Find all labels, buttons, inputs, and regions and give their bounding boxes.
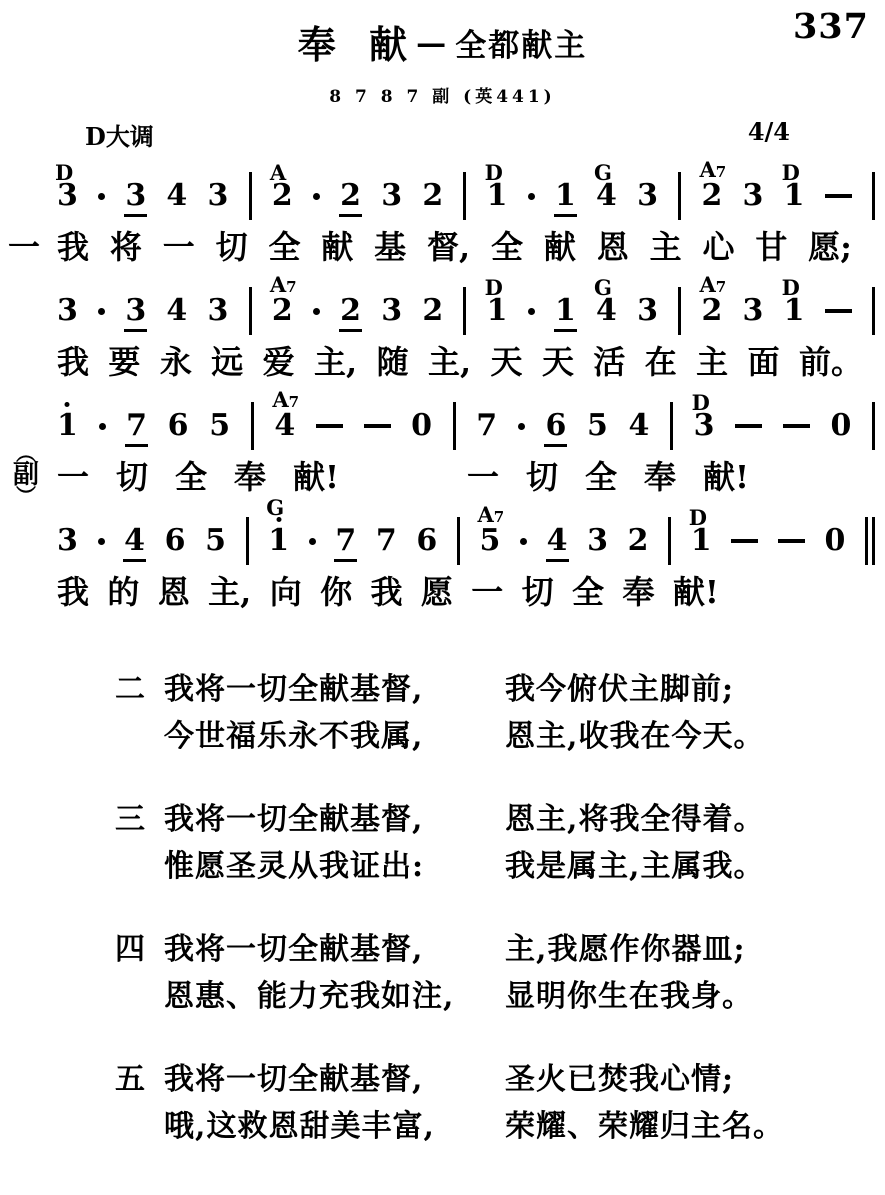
note-digit: 3: [208, 179, 229, 213]
lyric-char: 全: [572, 572, 604, 612]
music-note: 1D: [784, 179, 805, 213]
verse-number: [115, 1103, 164, 1150]
verse-row: 恩惠、能力充我如注,显明你生在我身。: [115, 973, 885, 1020]
chord-label: D: [55, 163, 73, 182]
music-note: 4: [166, 294, 187, 328]
hymn-subtitle: 全都献主: [455, 28, 587, 64]
lyric-char: 心: [702, 227, 734, 267]
augmentation-dot: [520, 538, 527, 545]
chord-root: D: [692, 390, 710, 415]
barline: [463, 287, 466, 335]
notes-row: 3D3432A2321D14G32A731D: [57, 178, 875, 214]
chord-label: D: [692, 393, 710, 412]
note-digit: 2: [628, 524, 649, 558]
lyric-group: 我要永远爱主,随主,天天活在主面前。: [57, 342, 863, 382]
lyric-char: 奉: [622, 572, 654, 612]
music-system: 17654A7076543D0︵副︶一切全奉献!一切全奉献!: [57, 408, 875, 497]
music-note: 7: [476, 409, 497, 443]
verse-number: 二: [115, 666, 164, 713]
music-note: 1D: [784, 294, 805, 328]
verse-number: [115, 843, 164, 890]
barline: [668, 517, 671, 565]
barline: [678, 287, 681, 335]
verse-text-right: 我是属主,主属我。: [505, 843, 885, 890]
note-extension-dash: [316, 424, 343, 428]
verse-row: 惟愿圣灵从我证出:我是属主,主属我。: [115, 843, 885, 890]
music-note: 2: [628, 524, 649, 558]
note-digit: 4: [274, 409, 295, 443]
music-note: 5: [587, 409, 608, 443]
augmentation-dot: [99, 423, 106, 430]
music-note: 0: [830, 409, 851, 443]
music-system: 3D3432A2321D14G32A731D一我将一切全献基督,全献恩主心甘愿;: [57, 178, 875, 267]
chord-label: D: [782, 163, 800, 182]
note-digit: 3: [637, 294, 658, 328]
note-digit: 3: [637, 179, 658, 213]
verse-row: 今世福乐永不我属,恩主,收我在今天。: [115, 713, 885, 760]
lyric-group: 一切全奉献!: [57, 457, 339, 497]
lyric-char: 主: [650, 227, 682, 267]
note-digit: 4: [166, 294, 187, 328]
barline: [463, 172, 466, 220]
note-digit: 4: [547, 524, 568, 558]
note-extension-dash: [735, 424, 762, 428]
lyric-char: 一: [57, 457, 89, 497]
verse-row: 三我将一切全献基督,恩主,将我全得着。: [115, 796, 885, 843]
note-digit: 5: [480, 524, 501, 558]
lyric-char: 恩: [158, 572, 190, 612]
music-note: 0: [825, 524, 846, 558]
music-note: 3: [637, 179, 658, 213]
verse-text-left: 今世福乐永不我属,: [164, 713, 505, 760]
lyric-char: 我: [370, 572, 402, 612]
lyric-char: 要: [108, 342, 140, 382]
lyric-group: 我的恩主,向你我愿一切全奉献!: [57, 572, 719, 612]
note-digit: 2: [340, 294, 361, 328]
music-note: 3: [381, 294, 402, 328]
chord-label: A: [270, 163, 286, 182]
note-digit: 7: [476, 409, 497, 443]
music-note: 6: [168, 409, 189, 443]
music-note: 1D: [691, 524, 712, 558]
notes-row: 17654A7076543D0: [57, 408, 875, 444]
verse-row: 二我将一切全献基督,我今俯伏主脚前;: [115, 666, 885, 713]
note-digit: 2: [422, 179, 443, 213]
chord-label: G: [594, 278, 612, 297]
lyric-char: 向: [270, 572, 302, 612]
chord-root: A: [270, 272, 286, 297]
chord-label: A7: [699, 160, 726, 182]
augmentation-dot: [313, 193, 320, 200]
note-digit: 3: [57, 294, 78, 328]
music-note: 1: [555, 179, 576, 213]
lyric-char: 远: [211, 342, 243, 382]
music-note: 3: [743, 179, 764, 213]
meter-info: 8 7 8 7 副 (英441): [0, 82, 885, 107]
final-barline: [865, 517, 875, 565]
music-note: 3: [125, 294, 146, 328]
barline: [670, 402, 673, 450]
note-digit: 2: [701, 294, 722, 328]
music-note: 5A7: [480, 524, 501, 558]
chord-label: D: [485, 278, 503, 297]
chord-extension: 7: [286, 278, 296, 296]
verse-number: [115, 973, 164, 1020]
chord-label: D: [782, 278, 800, 297]
verse-text-right: 恩主,将我全得着。: [505, 796, 885, 843]
music-note: 3: [743, 294, 764, 328]
lyric-char: 献!: [293, 457, 339, 497]
augmentation-dot: [313, 308, 320, 315]
music-note: 2A7: [701, 179, 722, 213]
lyric-char: 献!: [703, 457, 749, 497]
music-note: 4: [166, 179, 187, 213]
lyric-char: 献!: [673, 572, 719, 612]
refrain-bracket-bottom: ︶: [16, 491, 36, 502]
augmentation-dot: [528, 193, 535, 200]
lyrics-row: 我的恩主,向你我愿一切全奉献!: [57, 572, 719, 612]
music-note: 5: [205, 524, 226, 558]
music-note: 1D: [487, 179, 508, 213]
barline: [246, 517, 249, 565]
verse-text-right: 恩主,收我在今天。: [505, 713, 885, 760]
lyric-char: 我: [57, 572, 89, 612]
music-note: 2: [340, 294, 361, 328]
note-digit: 6: [165, 524, 186, 558]
lyric-char: 的: [107, 572, 139, 612]
verse-number: 三: [115, 796, 164, 843]
barline: [872, 517, 875, 565]
lyric-char: 你: [320, 572, 352, 612]
lyric-char: 主,: [428, 342, 471, 382]
music-systems: 3D3432A2321D14G32A731D一我将一切全献基督,全献恩主心甘愿;…: [57, 178, 875, 612]
note-digit: 4: [124, 524, 145, 558]
music-note: 2: [422, 179, 443, 213]
lyric-char: 全: [585, 457, 617, 497]
note-digit: 3: [125, 294, 146, 328]
verse-text-left: 我将一切全献基督,: [164, 1056, 505, 1103]
barline: [251, 402, 254, 450]
note-digit: 3: [381, 294, 402, 328]
music-note: 4G: [596, 179, 617, 213]
chord-label: A7: [699, 275, 726, 297]
verse-number: [115, 713, 164, 760]
chord-root: D: [689, 505, 707, 530]
hymn-title: 奉 献: [298, 22, 417, 67]
lyric-char: 在: [645, 342, 677, 382]
music-note: 4: [628, 409, 649, 443]
chord-label: A7: [270, 275, 297, 297]
lyric-char: 活: [593, 342, 625, 382]
music-note: 1: [57, 409, 78, 443]
chord-root: A: [699, 157, 715, 182]
lyric-char: 主,: [208, 572, 251, 612]
lyric-char: 恩: [597, 227, 629, 267]
note-digit: 1: [57, 409, 78, 443]
augmentation-dot: [518, 423, 525, 430]
verse-text-right: 圣火已焚我心情;: [505, 1056, 885, 1103]
lyric-char: 天: [542, 342, 574, 382]
lyric-char: 全: [175, 457, 207, 497]
lyric-char: 我: [57, 227, 89, 267]
music-note: 1D: [487, 294, 508, 328]
note-digit: 1: [555, 294, 576, 328]
music-system: 33432A72321D14G32A731D我要永远爱主,随主,天天活在主面前。: [57, 293, 875, 382]
music-note: 7: [335, 524, 356, 558]
barline: [872, 287, 875, 335]
chord-root: G: [594, 275, 612, 300]
music-note: 0: [411, 409, 432, 443]
lyric-char: 基: [374, 227, 406, 267]
music-note: 6: [545, 409, 566, 443]
lyric-group: 我将一切全献基督,全献恩主心甘愿;: [57, 227, 852, 267]
note-digit: 4: [628, 409, 649, 443]
lyric-char: 主: [696, 342, 728, 382]
music-note: 2: [422, 294, 443, 328]
barline: [678, 172, 681, 220]
music-note: 5: [209, 409, 230, 443]
music-system: 34651G7765A74321D0我的恩主,向你我愿一切全奉献!: [57, 523, 875, 612]
note-extension-dash: [825, 194, 852, 198]
note-digit: 0: [830, 409, 851, 443]
barline: [865, 517, 868, 565]
note-digit: 3: [381, 179, 402, 213]
note-digit: 3: [587, 524, 608, 558]
verse-text-right: 荣耀、荣耀归主名。: [505, 1103, 885, 1150]
augmentation-dot: [98, 308, 105, 315]
verse-number: 四: [115, 926, 164, 973]
note-digit: 5: [205, 524, 226, 558]
note-digit: 2: [422, 294, 443, 328]
lyric-char: 永: [160, 342, 192, 382]
verses-section: 二我将一切全献基督,我今俯伏主脚前;今世福乐永不我属,恩主,收我在今天。三我将一…: [115, 666, 885, 1150]
note-digit: 1: [555, 179, 576, 213]
augmentation-dot: [98, 538, 105, 545]
note-extension-dash: [783, 424, 810, 428]
music-note: 3: [381, 179, 402, 213]
note-digit: 2: [272, 294, 293, 328]
lyric-char: 前。: [799, 342, 863, 382]
note-digit: 6: [545, 409, 566, 443]
music-note: 3: [587, 524, 608, 558]
note-digit: 3: [208, 294, 229, 328]
chord-root: G: [594, 160, 612, 185]
lyric-char: 切: [526, 457, 558, 497]
music-note: 3: [208, 179, 229, 213]
music-note: 3: [637, 294, 658, 328]
lyric-char: 献: [544, 227, 576, 267]
chord-label: G: [594, 163, 612, 182]
note-digit: 0: [825, 524, 846, 558]
verse-row: 四我将一切全献基督,主,我愿作你器皿;: [115, 926, 885, 973]
music-note: 3D: [57, 179, 78, 213]
lyric-char: 奉: [234, 457, 266, 497]
verse-text-left: 惟愿圣灵从我证出:: [164, 843, 505, 890]
notes-row: 34651G7765A74321D0: [57, 523, 875, 559]
note-digit: 3: [743, 179, 764, 213]
barline: [249, 287, 252, 335]
lyric-char: 全: [491, 227, 523, 267]
chord-label: D: [689, 508, 707, 527]
verse-block: 二我将一切全献基督,我今俯伏主脚前;今世福乐永不我属,恩主,收我在今天。: [115, 666, 885, 760]
verse-block: 五我将一切全献基督,圣火已焚我心情;哦,这救恩甜美丰富,荣耀、荣耀归主名。: [115, 1056, 885, 1150]
augmentation-dot: [528, 308, 535, 315]
lyric-char: 切: [116, 457, 148, 497]
note-digit: 7: [376, 524, 397, 558]
verse-block: 三我将一切全献基督,恩主,将我全得着。惟愿圣灵从我证出:我是属主,主属我。: [115, 796, 885, 890]
chord-label: A7: [478, 505, 505, 527]
lyric-char: 将: [110, 227, 142, 267]
augmentation-dot: [309, 538, 316, 545]
verse-text-right: 主,我愿作你器皿;: [505, 926, 885, 973]
note-digit: 3: [57, 524, 78, 558]
music-note: 4A7: [274, 409, 295, 443]
lyric-char: 督,: [427, 227, 470, 267]
chord-label: G: [266, 498, 284, 517]
music-note: 7: [376, 524, 397, 558]
lyric-char: 天: [491, 342, 523, 382]
chord-extension: 7: [716, 278, 726, 296]
chord-label: D: [485, 163, 503, 182]
verse-text-left: 我将一切全献基督,: [164, 796, 505, 843]
title-row: 奉 献 — 全都献主: [0, 0, 885, 69]
note-digit: 7: [335, 524, 356, 558]
verse-text-right: 我今俯伏主脚前;: [505, 666, 885, 713]
music-note: 2: [340, 179, 361, 213]
music-note: 6: [416, 524, 437, 558]
note-extension-dash: [825, 309, 852, 313]
lyric-char: 愿: [421, 572, 453, 612]
verse-number: 五: [115, 1056, 164, 1103]
lyrics-row: 我要永远爱主,随主,天天活在主面前。: [57, 342, 863, 382]
music-note: 2A: [272, 179, 293, 213]
lyric-char: 切: [216, 227, 248, 267]
lyric-char: 随: [377, 342, 409, 382]
music-note: 2A7: [701, 294, 722, 328]
chord-root: G: [266, 495, 284, 520]
music-note: 1G: [268, 524, 289, 558]
time-signature: 4/4: [748, 117, 790, 152]
chord-extension: 7: [289, 393, 299, 411]
note-extension-dash: [364, 424, 391, 428]
barline: [872, 402, 875, 450]
chord-root: D: [782, 275, 800, 300]
barline: [872, 172, 875, 220]
title-dash: —: [416, 26, 446, 61]
music-note: 3: [57, 294, 78, 328]
chord-root: A: [699, 272, 715, 297]
note-digit: 6: [168, 409, 189, 443]
lyric-char: 主,: [314, 342, 357, 382]
music-note: 4: [547, 524, 568, 558]
octave-dot: [65, 402, 70, 407]
verse-row: 五我将一切全献基督,圣火已焚我心情;: [115, 1056, 885, 1103]
chord-root: D: [782, 160, 800, 185]
barline: [453, 402, 456, 450]
lyric-char: 一: [471, 572, 503, 612]
chord-root: D: [485, 275, 503, 300]
key-signature: D大调: [85, 117, 154, 152]
chord-extension: 7: [494, 508, 504, 526]
verse-number-label: 一: [8, 227, 40, 267]
notes-row: 33432A72321D14G32A731D: [57, 293, 875, 329]
refrain-marker: ︵副︶: [5, 448, 47, 502]
verse-text-left: 恩惠、能力充我如注,: [164, 973, 505, 1020]
chord-root: A: [272, 387, 288, 412]
note-digit: 5: [587, 409, 608, 443]
lyric-group: 一切全奉献!: [467, 457, 749, 497]
verse-text-left: 我将一切全献基督,: [164, 666, 505, 713]
chord-root: A: [478, 502, 494, 527]
lyric-char: 爱: [263, 342, 295, 382]
barline: [249, 172, 252, 220]
lyric-char: 切: [522, 572, 554, 612]
note-digit: 3: [743, 294, 764, 328]
lyric-char: 愿;: [808, 227, 852, 267]
lyrics-row: ︵副︶一切全奉献!一切全奉献!: [57, 457, 875, 497]
verse-text-right: 显明你生在我身。: [505, 973, 885, 1020]
chord-root: A: [270, 160, 286, 185]
note-extension-dash: [731, 539, 758, 543]
barline: [457, 517, 460, 565]
music-note: 3D: [694, 409, 715, 443]
chord-label: A7: [272, 390, 299, 412]
music-note: 2A7: [272, 294, 293, 328]
note-digit: 3: [125, 179, 146, 213]
lyric-char: 奉: [644, 457, 676, 497]
note-digit: 6: [416, 524, 437, 558]
note-digit: 7: [126, 409, 147, 443]
lyric-char: 一: [163, 227, 195, 267]
verse-block: 四我将一切全献基督,主,我愿作你器皿;恩惠、能力充我如注,显明你生在我身。: [115, 926, 885, 1020]
chord-root: D: [55, 160, 73, 185]
lyric-char: 甘: [755, 227, 787, 267]
note-digit: 5: [209, 409, 230, 443]
note-digit: 0: [411, 409, 432, 443]
key-row: D大调 4/4: [85, 117, 790, 152]
chord-root: D: [485, 160, 503, 185]
music-note: 3: [208, 294, 229, 328]
lyric-char: 全: [268, 227, 300, 267]
hymn-number: 337: [793, 6, 869, 47]
note-digit: 2: [701, 179, 722, 213]
lyric-char: 我: [57, 342, 89, 382]
note-digit: 4: [166, 179, 187, 213]
music-note: 6: [165, 524, 186, 558]
lyrics-row: 一我将一切全献基督,全献恩主心甘愿;: [57, 227, 852, 267]
augmentation-dot: [98, 193, 105, 200]
music-note: 4: [124, 524, 145, 558]
music-note: 4G: [596, 294, 617, 328]
note-digit: 2: [340, 179, 361, 213]
music-note: 3: [125, 179, 146, 213]
lyric-char: 面: [748, 342, 780, 382]
music-note: 7: [126, 409, 147, 443]
note-digit: 1: [268, 524, 289, 558]
verse-text-left: 我将一切全献基督,: [164, 926, 505, 973]
note-extension-dash: [778, 539, 805, 543]
refrain-bracket-top: ︵: [16, 448, 36, 459]
lyric-char: 献: [321, 227, 353, 267]
music-note: 3: [57, 524, 78, 558]
hymn-sheet-page: { "page": { "number": "337", "title_main…: [0, 0, 885, 1195]
verse-text-left: 哦,这救恩甜美丰富,: [164, 1103, 505, 1150]
lyric-char: 一: [467, 457, 499, 497]
verse-row: 哦,这救恩甜美丰富,荣耀、荣耀归主名。: [115, 1103, 885, 1150]
music-note: 1: [555, 294, 576, 328]
chord-extension: 7: [716, 163, 726, 181]
